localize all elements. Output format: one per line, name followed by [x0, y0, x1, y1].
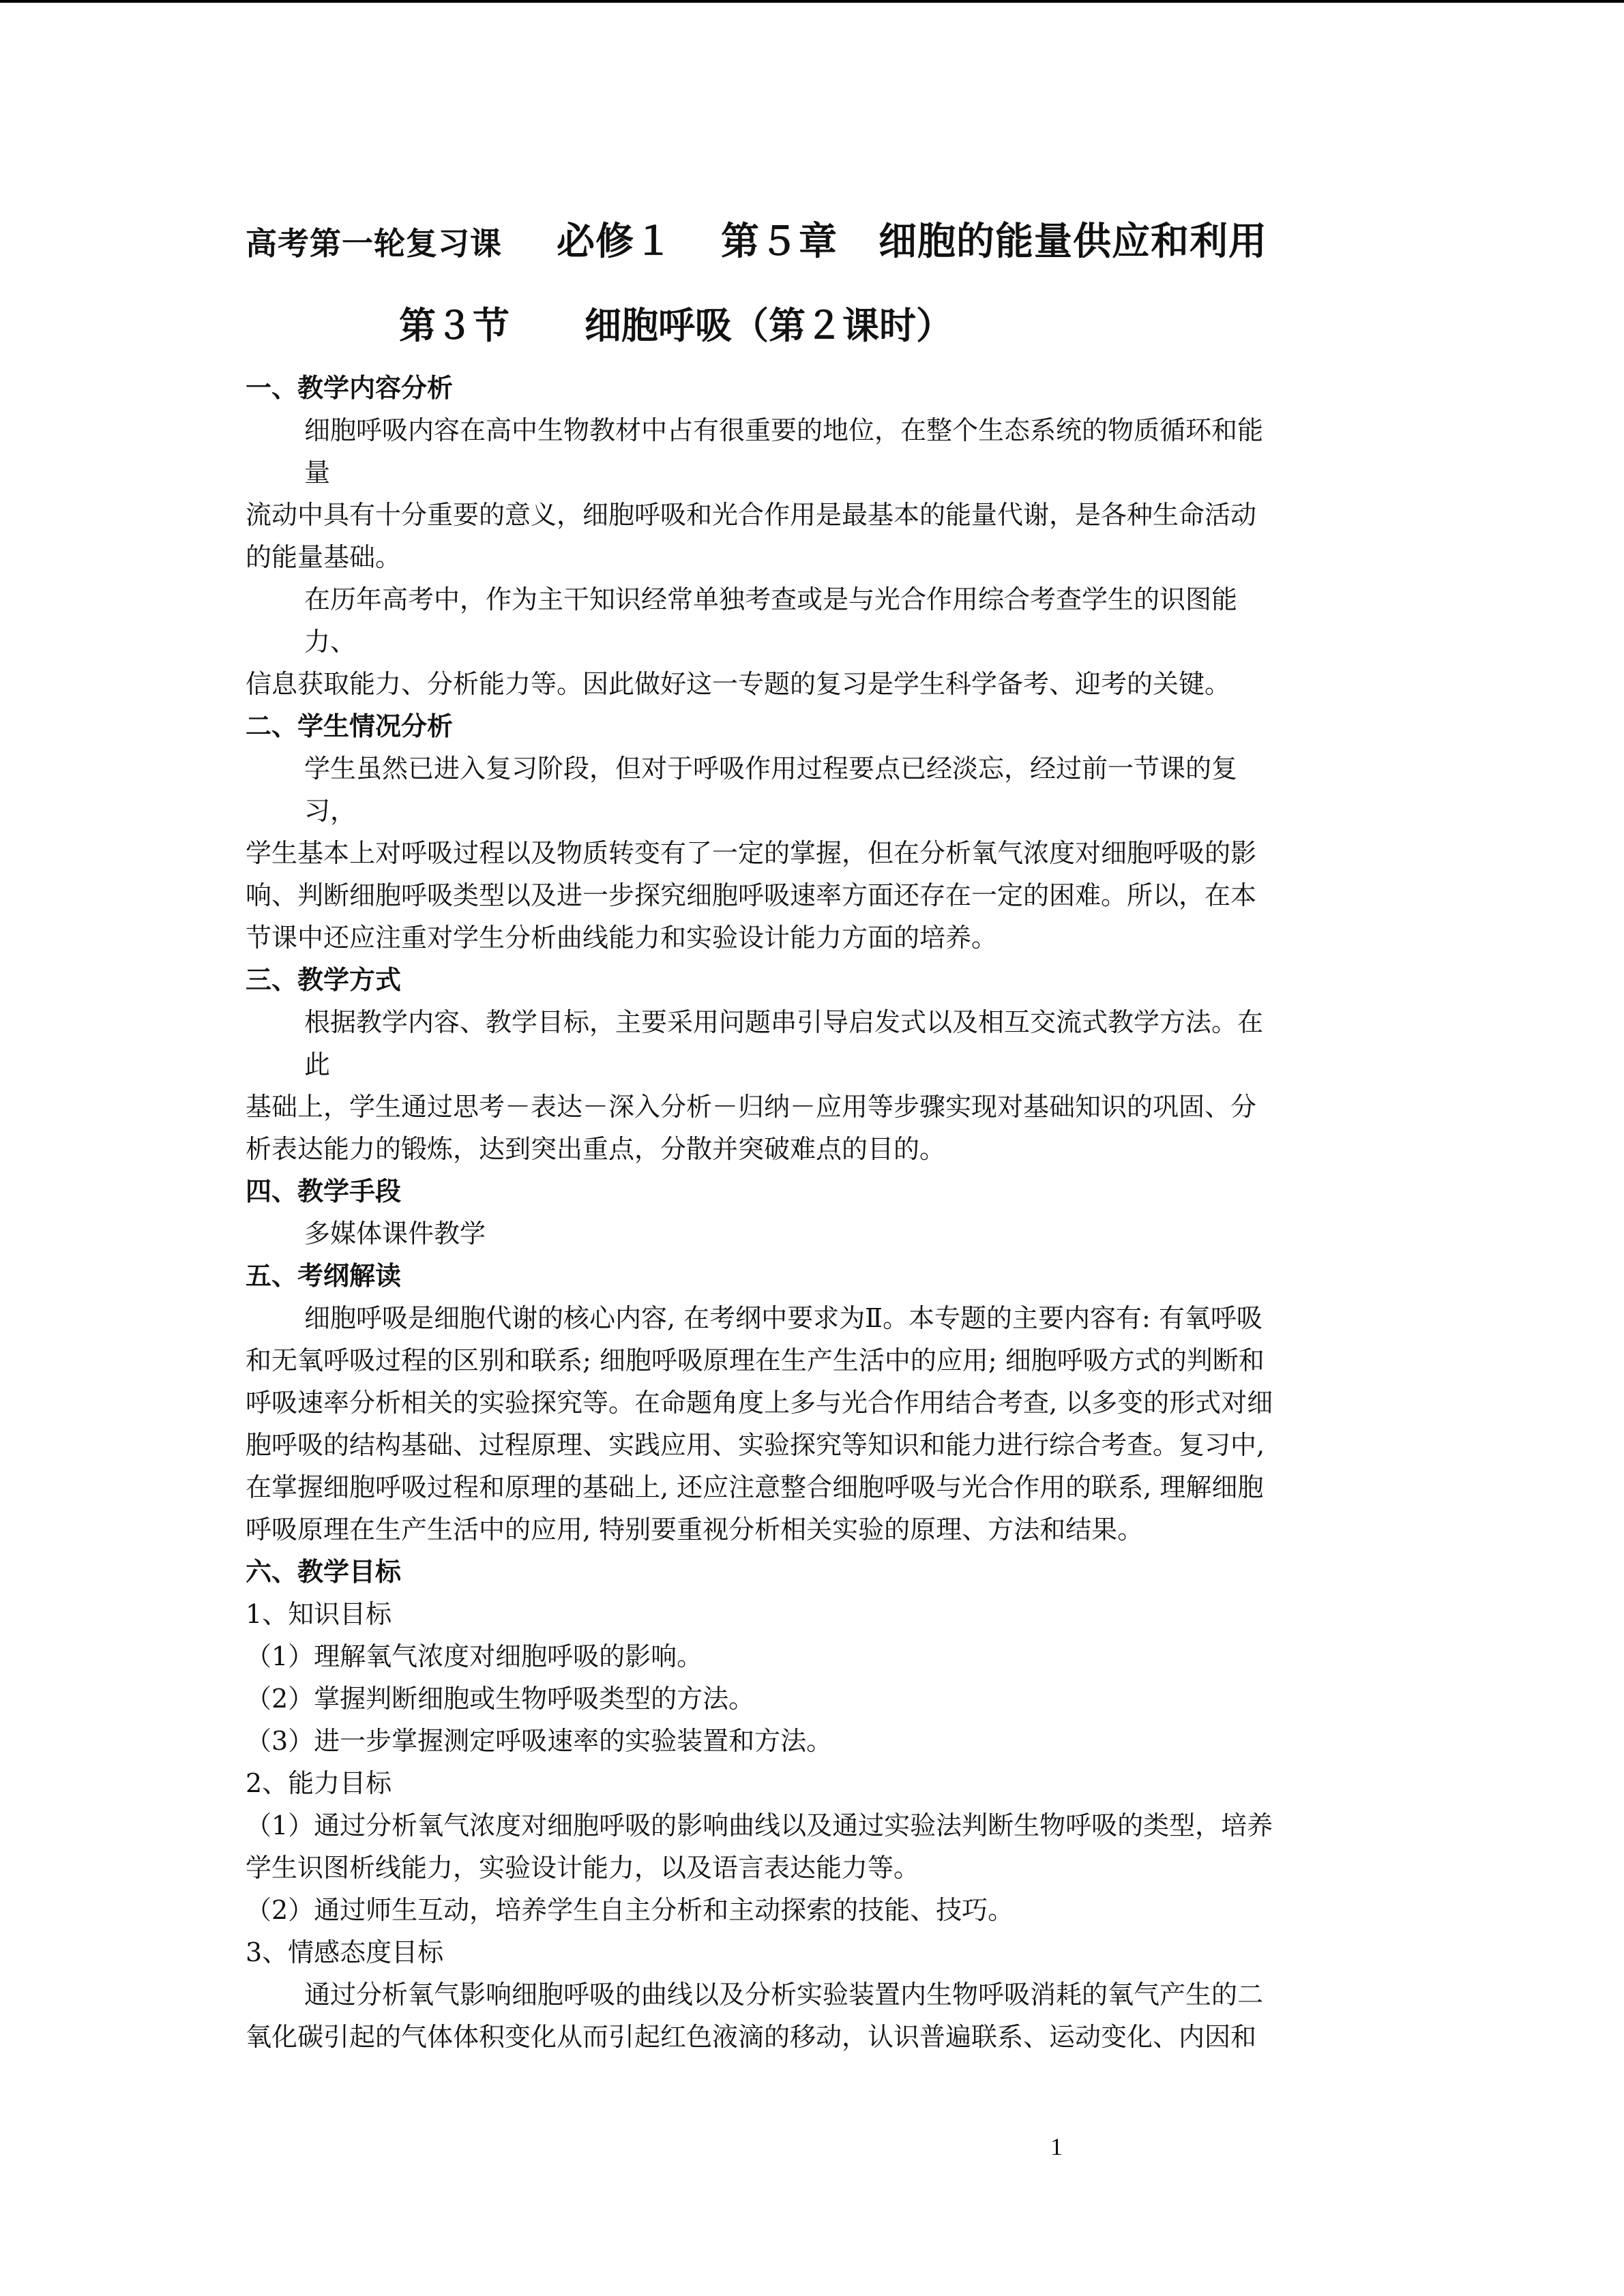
section-block: 四、教学手段多媒体课件教学: [246, 1170, 1378, 1255]
section-block: 六、教学目标1、知识目标（1）理解氧气浓度对细胞呼吸的影响。（2）掌握判断细胞或…: [246, 1551, 1378, 2058]
paragraph-line: （1）通过分析氧气浓度对细胞呼吸的影响曲线以及通过实验法判断生物呼吸的类型，培养: [246, 1804, 1378, 1847]
paragraph-line: 细胞呼吸是细胞代谢的核心内容, 在考纲中要求为Ⅱ。本专题的主要内容有: 有氧呼吸: [246, 1297, 1378, 1339]
section-block: 三、教学方式根据教学内容、教学目标，主要采用问题串引导启发式以及相互交流式教学方…: [246, 959, 1378, 1170]
document-title: 高考第一轮复习课必修１第５章细胞的能量供应和利用: [246, 211, 1267, 266]
paragraph-line: 基础上，学生通过思考－表达－深入分析－归纳－应用等步骤实现对基础知识的巩固、分: [246, 1086, 1378, 1128]
section-heading: 四、教学手段: [246, 1170, 1378, 1212]
paragraph-line: 此: [246, 1043, 1378, 1086]
paragraph-line: 学生基本上对呼吸过程以及物质转变有了一定的掌握，但在分析氧气浓度对细胞呼吸的影: [246, 832, 1378, 874]
paragraph-line: 氧化碳引起的气体体积变化从而引起红色液滴的移动，认识普遍联系、运动变化、内因和: [246, 2016, 1378, 2058]
paragraph-line: （1）理解氧气浓度对细胞呼吸的影响。: [246, 1635, 1378, 1678]
paragraph-line: 多媒体课件教学: [246, 1212, 1378, 1255]
section-heading: 一、教学内容分析: [246, 367, 1378, 409]
paragraph-line: （3）进一步掌握测定呼吸速率的实验装置和方法。: [246, 1720, 1378, 1762]
paragraph-line: 学生虽然已进入复习阶段，但对于呼吸作用过程要点已经淡忘，经过前一节课的复: [246, 747, 1378, 790]
paragraph-line: 细胞呼吸内容在高中生物教材中占有很重要的地位，在整个生态系统的物质循环和能: [246, 409, 1378, 451]
paragraph-line: 学生识图析线能力，实验设计能力，以及语言表达能力等。: [246, 1847, 1378, 1889]
chapter-title: 细胞的能量供应和利用: [879, 220, 1267, 264]
paragraph-line: 力、: [246, 621, 1378, 663]
paragraph-line: 通过分析氧气影响细胞呼吸的曲线以及分析实验装置内生物呼吸消耗的氧气产生的二: [246, 1973, 1378, 2016]
paragraph-line: （2）掌握判断细胞或生物呼吸类型的方法。: [246, 1678, 1378, 1720]
paragraph-line: 信息获取能力、分析能力等。因此做好这一专题的复习是学生科学备考、迎考的关键。: [246, 663, 1378, 705]
paragraph-line: 节课中还应注重对学生分析曲线能力和实验设计能力方面的培养。: [246, 916, 1378, 959]
section-title: 第３节细胞呼吸（第２课时）: [399, 297, 953, 349]
paragraph-line: 1、知识目标: [246, 1593, 1378, 1635]
paragraph-line: 量: [246, 451, 1378, 494]
section-heading: 五、考纲解读: [246, 1255, 1378, 1297]
paragraph-line: 流动中具有十分重要的意义，细胞呼吸和光合作用是最基本的能量代谢，是各种生命活动: [246, 494, 1378, 536]
paragraph-line: 3、情感态度目标: [246, 1931, 1378, 1973]
course-label: 高考第一轮复习课: [246, 225, 502, 262]
top-border: [0, 0, 1624, 3]
paragraph-line: 和无氧呼吸过程的区别和联系; 细胞呼吸原理在生产生活中的应用; 细胞呼吸方式的判…: [246, 1339, 1378, 1382]
document-body: 一、教学内容分析细胞呼吸内容在高中生物教材中占有很重要的地位，在整个生态系统的物…: [246, 367, 1378, 2058]
paragraph-line: （2）通过师生互动，培养学生自主分析和主动探索的技能、技巧。: [246, 1889, 1378, 1931]
section-name: 细胞呼吸（第２课时）: [585, 304, 953, 347]
paragraph-line: 析表达能力的锻炼，达到突出重点，分散并突破难点的目的。: [246, 1128, 1378, 1170]
paragraph-line: 根据教学内容、教学目标，主要采用问题串引导启发式以及相互交流式教学方法。在: [246, 1001, 1378, 1043]
section-number: 第３节: [399, 304, 510, 347]
section-heading: 三、教学方式: [246, 959, 1378, 1001]
paragraph-line: 在历年高考中，作为主干知识经常单独考查或是与光合作用综合考查学生的识图能: [246, 578, 1378, 621]
page-number: 1: [1050, 2132, 1063, 2161]
paragraph-line: 习，: [246, 790, 1378, 832]
section-block: 二、学生情况分析学生虽然已进入复习阶段，但对于呼吸作用过程要点已经淡忘，经过前一…: [246, 705, 1378, 959]
paragraph-line: 呼吸速率分析相关的实验探究等。在命题角度上多与光合作用结合考查, 以多变的形式对…: [246, 1382, 1378, 1424]
chapter-label: 第５章: [721, 220, 838, 264]
section-block: 五、考纲解读细胞呼吸是细胞代谢的核心内容, 在考纲中要求为Ⅱ。本专题的主要内容有…: [246, 1255, 1378, 1551]
paragraph-line: 胞呼吸的结构基础、过程原理、实践应用、实验探究等知识和能力进行综合考查。复习中,: [246, 1424, 1378, 1466]
paragraph-line: 响、判断细胞呼吸类型以及进一步探究细胞呼吸速率方面还存在一定的困难。所以，在本: [246, 874, 1378, 916]
section-heading: 六、教学目标: [246, 1551, 1378, 1593]
section-heading: 二、学生情况分析: [246, 705, 1378, 747]
paragraph-line: 呼吸原理在生产生活中的应用, 特别要重视分析相关实验的原理、方法和结果。: [246, 1508, 1378, 1551]
module-label: 必修１: [557, 220, 673, 264]
section-block: 一、教学内容分析细胞呼吸内容在高中生物教材中占有很重要的地位，在整个生态系统的物…: [246, 367, 1378, 705]
paragraph-line: 的能量基础。: [246, 536, 1378, 578]
paragraph-line: 2、能力目标: [246, 1762, 1378, 1804]
paragraph-line: 在掌握细胞呼吸过程和原理的基础上, 还应注意整合细胞呼吸与光合作用的联系, 理解…: [246, 1466, 1378, 1508]
